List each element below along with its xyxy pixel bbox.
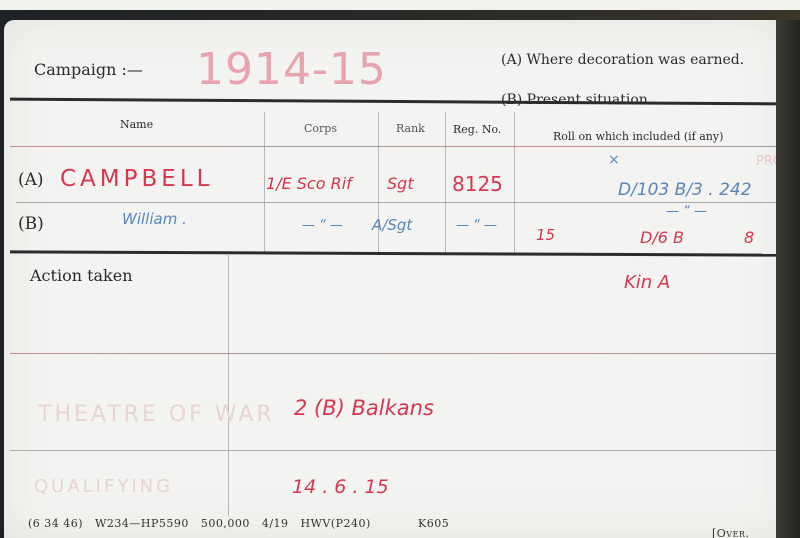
corps-ditto: — “ — [302, 218, 343, 233]
column-divider-4 [514, 112, 515, 252]
medal-index-card: Campaign :— 1914-15 (A) Where decoration… [4, 20, 788, 538]
roll-b-page: 15 [536, 226, 555, 244]
roll-b-ref: D/6 B [640, 228, 684, 247]
campaign-label: Campaign :— [34, 60, 143, 79]
action-section-rule [10, 353, 776, 354]
theatre-of-war-stamp: THEATRE OF WAR [38, 402, 275, 427]
surname: CAMPBELL [60, 166, 213, 192]
scan-right-edge [776, 20, 800, 538]
theatre-of-war-value: 2 (B) Balkans [294, 396, 434, 420]
column-header-rule [10, 146, 778, 147]
roll-value: D/103 B/3 . 242 [618, 180, 752, 200]
header-rule [10, 98, 780, 106]
roll-b-ditto: — “ — [666, 204, 707, 219]
qualifying-date-value: 14 . 6 . 15 [292, 476, 389, 498]
form-print-code: (6 34 46) W234—HP5590 500,000 4/19 HWV(P… [28, 517, 371, 530]
rank-value: Sgt [387, 174, 414, 193]
acting-rank-value: A/Sgt [372, 216, 412, 234]
action-note: Kin A [624, 272, 670, 293]
column-header-name: Name [120, 118, 153, 131]
over-indicator: [Over. [712, 527, 749, 538]
table-bottom-rule [10, 250, 780, 256]
column-header-corps: Corps [304, 122, 337, 135]
form-k-number: K605 [418, 517, 449, 530]
column-divider-3 [445, 112, 446, 252]
column-divider-1 [264, 112, 265, 252]
action-divider [228, 254, 229, 516]
column-header-rank: Rank [396, 122, 425, 135]
scan-top-margin [0, 0, 800, 10]
roll-b-number: 8 [744, 228, 754, 247]
roll-check-mark: × [608, 152, 620, 168]
reg-no-ditto: — “ — [456, 218, 497, 233]
row-a-marker: (A) [18, 170, 44, 190]
reg-no-value: 8125 [452, 172, 503, 196]
action-taken-label: Action taken [30, 266, 133, 285]
row-a-rule [16, 202, 776, 203]
corps-value: 1/E Sco Rif [266, 174, 352, 193]
forename: William . [122, 210, 187, 228]
qualifying-date-stamp: QUALIFYING [34, 476, 173, 497]
column-header-reg-no: Reg. No. [453, 123, 501, 136]
legend-a: (A) Where decoration was earned. [501, 52, 744, 68]
column-header-roll: Roll on which included (if any) [553, 130, 723, 143]
row-b-marker: (B) [18, 214, 44, 234]
campaign-year-stamp: 1914-15 [196, 44, 387, 95]
theatre-section-rule [10, 450, 776, 451]
